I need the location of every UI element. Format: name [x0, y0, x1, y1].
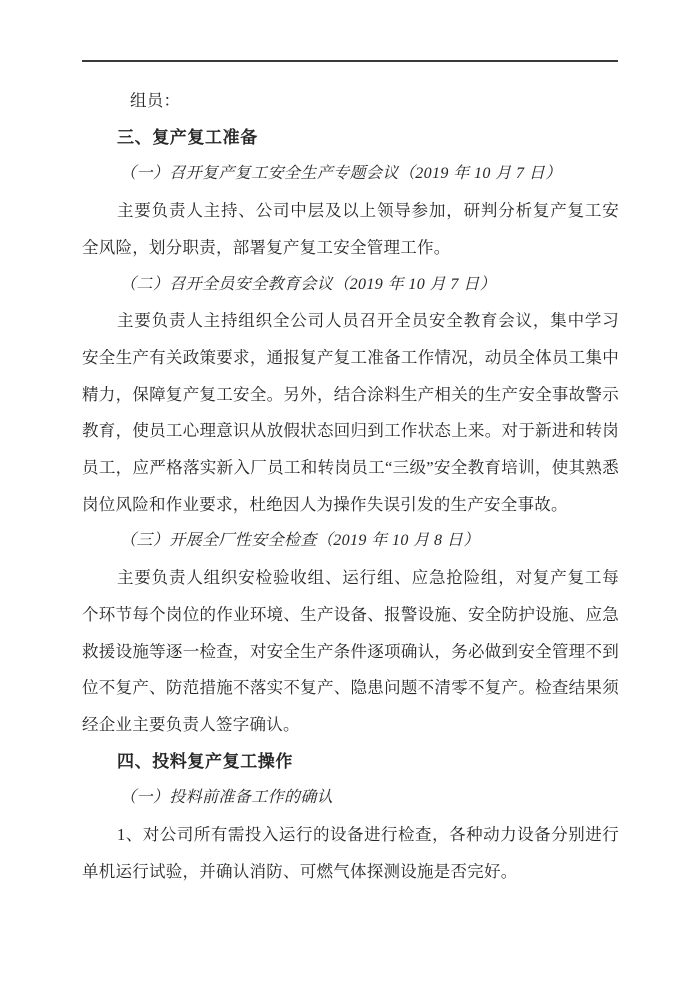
- subsection-heading: （三）开展全厂性安全检查（2019 年 10 月 8 日）: [82, 523, 619, 560]
- paragraph: 1、对公司所有需投入运行的设备进行检查，各种动力设备分别进行单机运行试验，并确认…: [82, 817, 619, 890]
- document-page: 组员：三、复产复工准备（一）召开复产复工安全生产专题会议（2019 年 10 月…: [0, 0, 700, 990]
- subsection-heading: （二）召开全员安全教育会议（2019 年 10 月 7 日）: [82, 267, 619, 304]
- document-content: 组员：三、复产复工准备（一）召开复产复工安全生产专题会议（2019 年 10 月…: [82, 83, 619, 890]
- subsection-heading: （一）投料前准备工作的确认: [82, 780, 619, 817]
- subsection-heading: （一）召开复产复工安全生产专题会议（2019 年 10 月 7 日）: [82, 156, 619, 193]
- member-label-line: 组员：: [82, 83, 619, 120]
- section-heading-3: 三、复产复工准备: [82, 120, 619, 157]
- header-rule: [82, 60, 618, 62]
- paragraph: 主要负责人主持组织全公司人员召开全员安全教育会议，集中学习安全生产有关政策要求，…: [82, 303, 619, 523]
- paragraph: 主要负责人主持、公司中层及以上领导参加，研判分析复产复工安全风险，划分职责，部署…: [82, 193, 619, 266]
- paragraph: 主要负责人组织安检验收组、运行组、应急抢险组，对复产复工每个环节每个岗位的作业环…: [82, 560, 619, 744]
- section-heading-4: 四、投料复产复工操作: [82, 744, 619, 781]
